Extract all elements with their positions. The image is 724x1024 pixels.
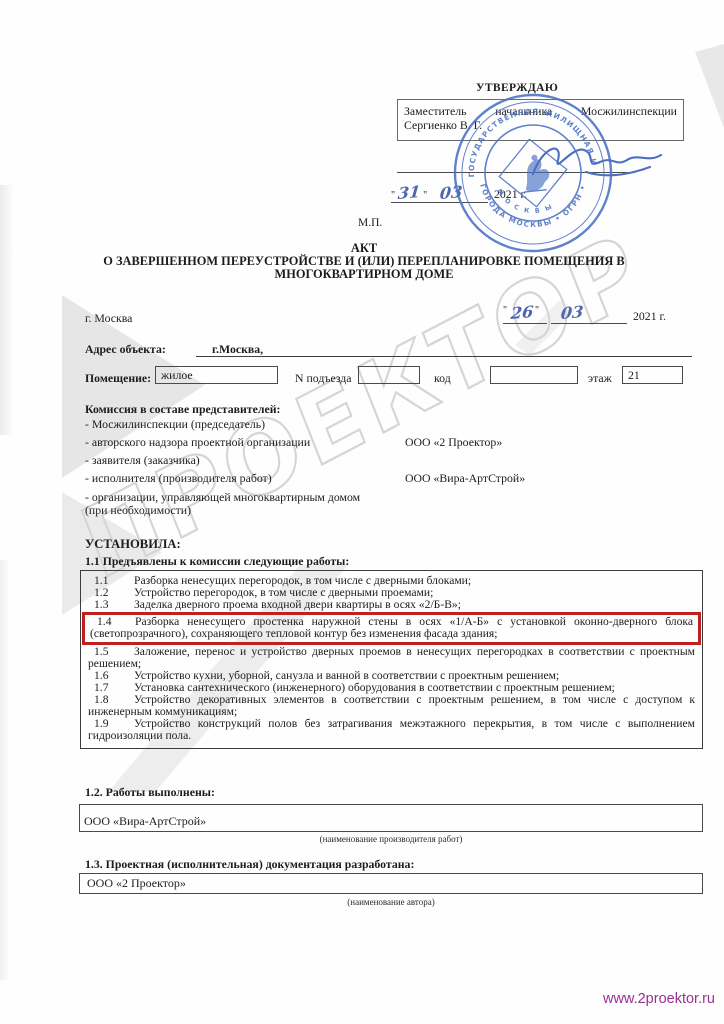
commission-role: - исполнителя (производителя работ) — [85, 471, 272, 485]
commission-row: - заявителя (заказчика) — [85, 453, 695, 468]
work-item-1-3: 1.3Заделка дверного проема входной двери… — [88, 599, 695, 611]
title-line-3: МНОГОКВАРТИРНОМ ДОМЕ — [42, 268, 686, 281]
commission-role: - Мосжилинспекции (председатель) — [85, 417, 265, 431]
designer-name: ООО «2 Проектор» — [87, 876, 186, 891]
scanned-document-page: ПРОЕКТОР УТВЕРЖДАЮ Заместитель начальник… — [0, 0, 724, 1024]
commission-row: - Мосжилинспекции (председатель) — [85, 417, 695, 432]
date-underline — [551, 323, 627, 324]
work-item-text: Заложение, перенос и устройство дверных … — [88, 645, 695, 670]
contractor-field: ООО «Вира-АртСтрой» — [79, 804, 703, 832]
quote-mark: " — [423, 190, 427, 201]
floor-field: 21 — [622, 366, 683, 384]
floor-label: этаж — [588, 371, 612, 386]
work-item-number: 1.3 — [88, 599, 134, 611]
work-item-text: Заделка дверного проема входной двери кв… — [134, 598, 461, 611]
work-item-text: Устройство декоративных элементов в соот… — [88, 693, 695, 718]
highlighted-work-item-box: 1.4Разборка ненесущего простенка наружно… — [82, 612, 701, 645]
entrance-label: N подъезда — [295, 371, 352, 386]
commission-role-note: (при необходимости) — [85, 504, 695, 517]
handwritten-day: 31 — [397, 182, 421, 203]
commission-header: Комиссия в составе представителей: — [85, 402, 280, 417]
commission-role: - заявителя (заказчика) — [85, 453, 200, 467]
handwritten-signature — [528, 136, 668, 188]
quote-mark: " — [391, 190, 395, 201]
work-item-1-5: 1.5Заложение, перенос и устройство дверн… — [88, 646, 695, 670]
works-list-box: 1.1Разборка ненесущих перегородок, в том… — [80, 570, 703, 749]
document-title: АКТ О ЗАВЕРШЕННОМ ПЕРЕУСТРОЙСТВЕ И (ИЛИ)… — [42, 242, 686, 280]
code-field — [490, 366, 578, 384]
designer-caption: (наименование автора) — [79, 897, 703, 907]
commission-row: - организации, управляющей многоквартирн… — [85, 491, 695, 517]
works-subheader: 1.1 Предъявлены к комиссии следующие раб… — [85, 554, 349, 569]
work-item-text: Устройство конструкций полов без затраги… — [88, 717, 695, 742]
premises-type-field: жилое — [155, 366, 278, 384]
commission-org: ООО «Вира-АртСтрой» — [405, 471, 525, 486]
handwritten-month: 03 — [560, 302, 584, 323]
document-date-row: " 26 " 03 2021 г. — [503, 303, 693, 329]
established-header: УСТАНОВИЛА: — [85, 537, 181, 552]
address-value: г.Москва, — [212, 342, 263, 357]
commission-row: - исполнителя (производителя работ) ООО … — [85, 471, 695, 486]
document-year: 2021 г. — [633, 309, 666, 324]
commission-row: - авторского надзора проектной организац… — [85, 435, 695, 450]
address-underline — [196, 336, 692, 357]
title-line-2: О ЗАВЕРШЕННОМ ПЕРЕУСТРОЙСТВЕ И (ИЛИ) ПЕР… — [42, 255, 686, 268]
stamp-place-label: М.П. — [358, 217, 382, 229]
work-item-1-4: 1.4Разборка ненесущего простенка наружно… — [90, 616, 693, 640]
work-item-1-9: 1.9Устройство конструкций полов без затр… — [88, 718, 695, 742]
handwritten-day: 26 — [510, 302, 534, 323]
work-item-text: Разборка ненесущего простенка наружной с… — [90, 615, 693, 640]
designer-field: ООО «2 Проектор» — [79, 873, 703, 894]
address-label: Адрес объекта: — [85, 342, 166, 357]
city-label: г. Москва — [85, 311, 132, 326]
quote-mark: " — [503, 305, 507, 316]
entrance-field — [358, 366, 420, 384]
quote-mark: " — [535, 305, 539, 316]
premises-label: Помещение: — [85, 371, 151, 386]
website-url: www.2proektor.ru — [460, 991, 715, 1007]
code-label: код — [434, 371, 451, 386]
work-item-1-8: 1.8Устройство декоративных элементов в с… — [88, 694, 695, 718]
title-line-1: АКТ — [42, 242, 686, 255]
contractor-caption: (наименование производителя работ) — [79, 834, 703, 844]
date-underline — [503, 323, 547, 324]
commission-role: - авторского надзора проектной организац… — [85, 435, 310, 449]
section-1-3-header: 1.3. Проектная (исполнительная) документ… — [85, 857, 414, 872]
commission-org: ООО «2 Проектор» — [405, 435, 502, 450]
section-1-2-header: 1.2. Работы выполнены: — [85, 785, 215, 800]
contractor-name: ООО «Вира-АртСтрой» — [84, 814, 206, 829]
